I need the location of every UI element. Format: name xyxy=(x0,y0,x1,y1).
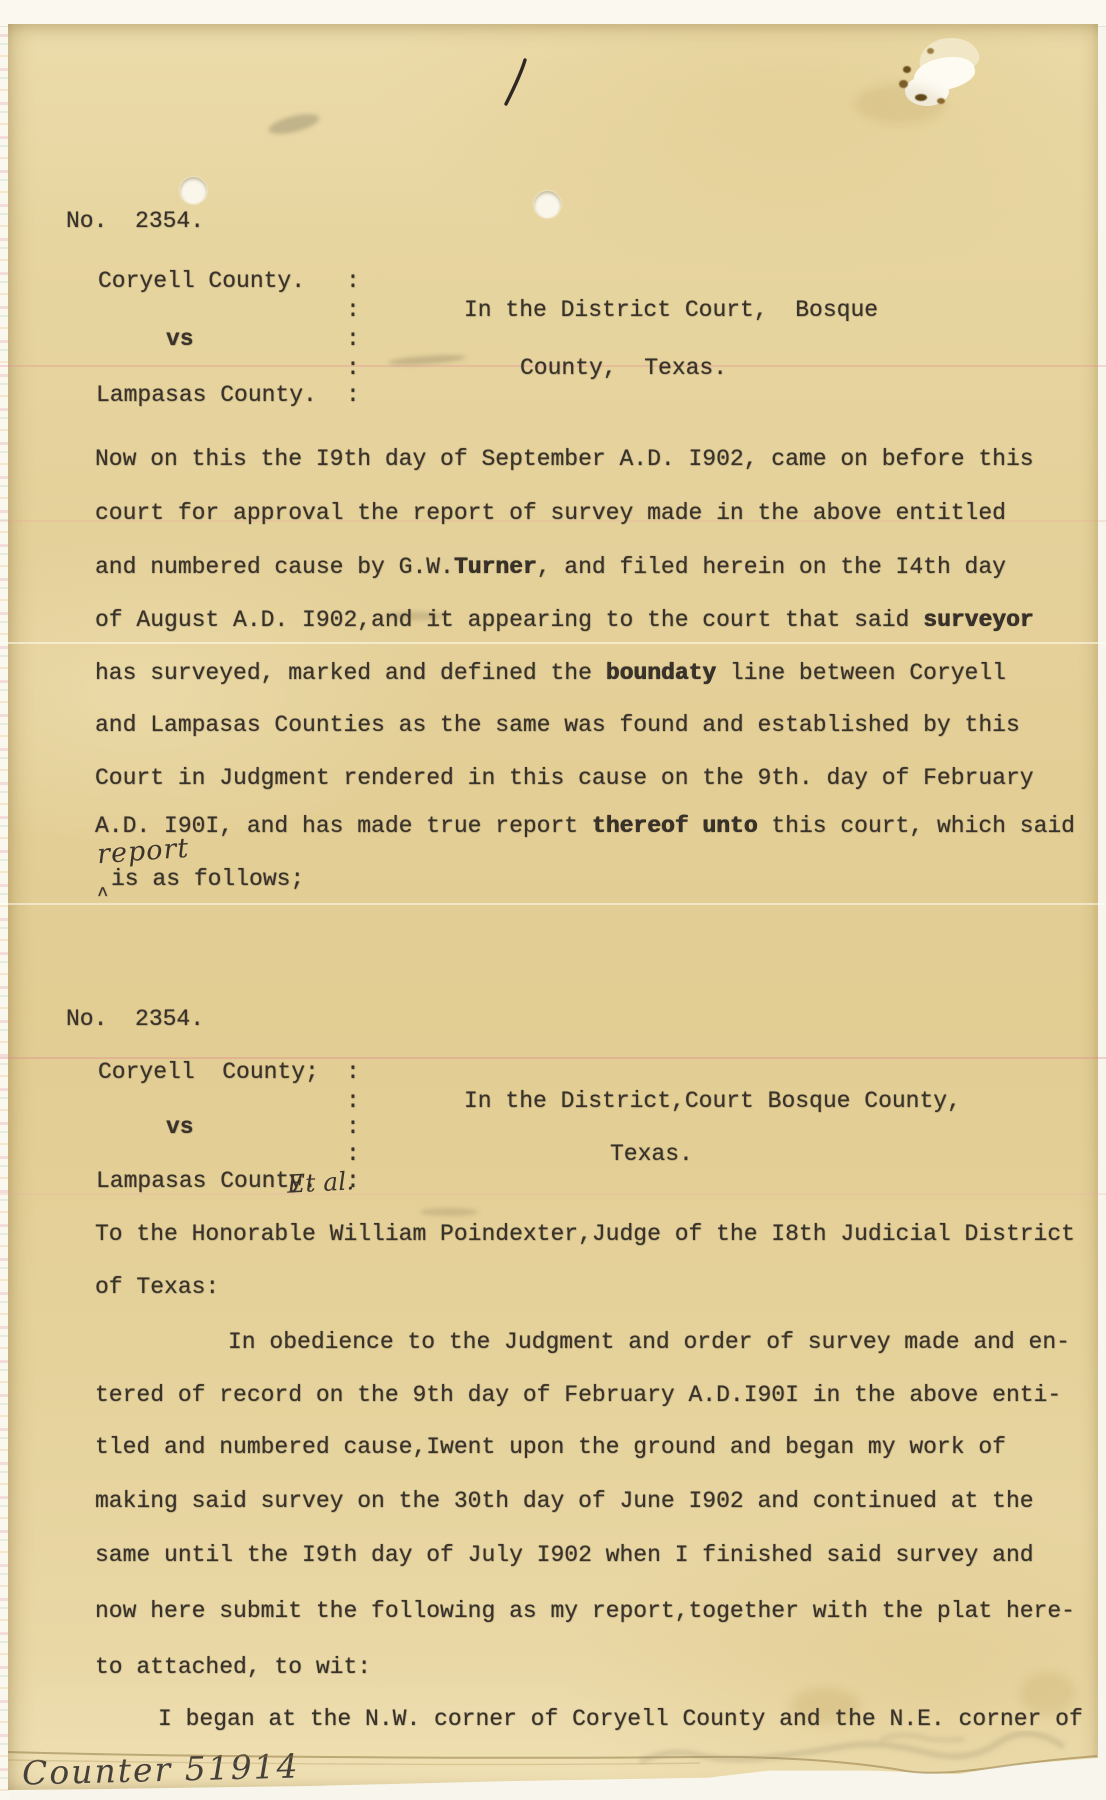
caption-colon: : xyxy=(346,355,360,381)
body-line: In obedience to the Judgment and order o… xyxy=(228,1329,1070,1355)
caption-vs: vs xyxy=(166,326,194,352)
body-line: and Lampasas Counties as the same was fo… xyxy=(95,712,1020,738)
body-line: to attached, to wit: xyxy=(95,1654,371,1680)
caption-vs: vs xyxy=(166,1114,194,1140)
caption-colon: : xyxy=(346,297,360,323)
scanner-edge-artifact xyxy=(0,0,9,1800)
caption-colon: : xyxy=(346,326,360,352)
caption-colon: : xyxy=(346,1059,360,1085)
body-line: and numbered cause by G.W.Turner, and fi… xyxy=(95,554,1006,580)
closing-line: I began at the N.W. corner of Coryell Co… xyxy=(158,1706,1083,1732)
court-name-line: Texas. xyxy=(610,1141,693,1167)
caption-party-plaintiff: Coryell County; xyxy=(98,1059,319,1085)
caption-colon: : xyxy=(346,1168,360,1194)
insert-caret: ^ xyxy=(97,882,108,908)
court-name-line: In the District Court, Bosque xyxy=(464,297,878,323)
handwritten-counter-number: Counter 51914 xyxy=(22,1746,301,1792)
tear-speck xyxy=(903,66,911,73)
caption-colon: : xyxy=(346,382,360,408)
scan-artifact xyxy=(0,642,1106,644)
body-line: Court in Judgment rendered in this cause… xyxy=(95,765,1034,791)
tear-speck xyxy=(927,48,934,54)
caption-party-plaintiff: Coryell County. xyxy=(98,268,305,294)
caption-party-defendant: Lampasas County. xyxy=(96,382,317,408)
body-line: has surveyed, marked and defined the bou… xyxy=(95,660,1006,686)
court-name-line: In the District,Court Bosque County, xyxy=(464,1088,961,1114)
case-number: No. 2354. xyxy=(66,208,204,234)
body-line: court for approval the report of survey … xyxy=(95,500,1006,526)
caption-colon: : xyxy=(346,268,360,294)
body-line: tered of record on the 9th day of Februa… xyxy=(95,1382,1061,1408)
caption-colon: : xyxy=(346,1114,360,1140)
pencil-smudge xyxy=(420,1208,478,1216)
body-line: same until the I9th day of July I902 whe… xyxy=(95,1542,1034,1568)
body-line: Now on this the I9th day of September A.… xyxy=(95,446,1034,472)
scanner-top-band xyxy=(0,0,1106,27)
body-line: is as follows; xyxy=(111,866,304,892)
handwritten-insert-report: report xyxy=(96,833,190,870)
court-name-line: County, Texas. xyxy=(520,355,727,381)
stain xyxy=(855,84,945,124)
case-number: No. 2354. xyxy=(66,1006,204,1032)
scan-artifact xyxy=(0,903,1106,905)
body-line: tled and numbered cause,Iwent upon the g… xyxy=(95,1434,1006,1460)
scanned-court-document: No. 2354. Coryell County. : : In the Dis… xyxy=(0,0,1106,1800)
caption-colon: : xyxy=(346,1141,360,1167)
salutation-line: of Texas: xyxy=(95,1274,219,1300)
salutation-line: To the Honorable William Poindexter,Judg… xyxy=(95,1221,1075,1247)
handwritten-et-al: Et al. xyxy=(286,1166,355,1198)
body-line: making said survey on the 30th day of Ju… xyxy=(95,1488,1034,1514)
caption-party-defendant: Lampasas County. xyxy=(96,1168,317,1194)
punch-hole xyxy=(534,191,561,218)
body-line: A.D. I90I, and has made true report ther… xyxy=(95,813,1075,839)
punch-hole xyxy=(180,177,207,204)
body-line: now here submit the following as my repo… xyxy=(95,1598,1075,1624)
caption-colon: : xyxy=(346,1088,360,1114)
body-line: of August A.D. I902,and it appearing to … xyxy=(95,607,1034,633)
